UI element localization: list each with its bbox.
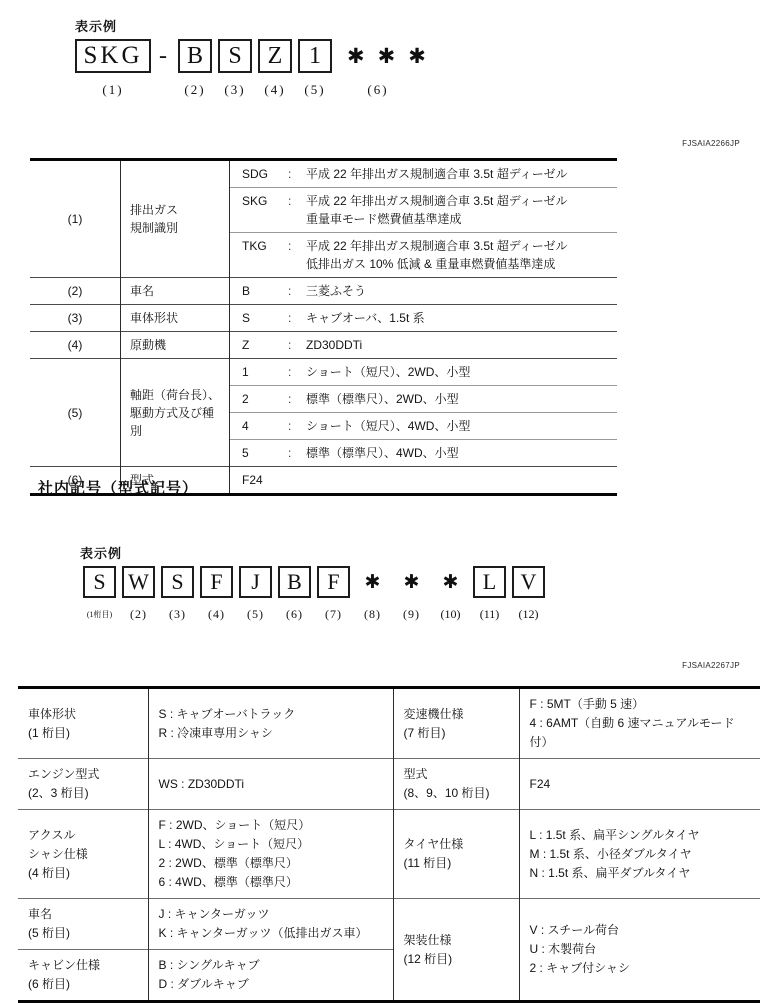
model-code-table-2: 車体形状 (1 桁目) S : キャブオーバトラック R : 冷凍車専用シャシ … (18, 686, 760, 1003)
category-cell: 原動機 (121, 332, 230, 359)
item-values-cell: F : 2WD、ショート（短尺） L : 4WD、ショート（短尺） 2 : 2W… (148, 810, 393, 899)
code-description: ショート（短尺）、4WD、小型 (306, 417, 617, 435)
table-row: 車名 (5 桁目) J : キャンターガッツ K : キャンターガッツ（低排出ガ… (18, 899, 760, 950)
value-cell: S:キャブオーバ、1.5t 系 (230, 305, 618, 332)
position-label: (5) (236, 607, 275, 622)
value-cell: B:三菱ふそう (230, 278, 618, 305)
table-row: アクスル シャシ仕様 (4 桁目) F : 2WD、ショート（短尺） L : 4… (18, 810, 760, 899)
item-values-cell: F : 5MT（手動 5 速） 4 : 6AMT（自動 6 速マニュアルモード付… (519, 688, 760, 759)
category-cell: 車名 (121, 278, 230, 305)
item-values-cell: L : 1.5t 系、扁平シングルタイヤ M : 1.5t 系、小径ダブルタイヤ… (519, 810, 760, 899)
example-label-1: 表示例 (75, 16, 439, 35)
value-cell: SKG:平成 22 年排出ガス規制適合車 3.5t 超ディーゼル 重量車モード燃… (230, 188, 618, 233)
asterisks-group: ✱✱✱ (335, 44, 439, 68)
code-value: S (230, 309, 288, 327)
digit-box-5: J (239, 566, 272, 598)
value-cell: 1:ショート（短尺）、2WD、小型 (230, 359, 618, 386)
item-label-cell: 型式 (8、9、10 桁目) (393, 759, 519, 810)
value-cell: TKG:平成 22 年排出ガス規制適合車 3.5t 超ディーゼル 低排出ガス 1… (230, 233, 618, 278)
colon-separator: : (288, 390, 306, 408)
code-description: ショート（短尺）、2WD、小型 (306, 363, 617, 381)
item-values-cell: J : キャンターガッツ K : キャンターガッツ（低排出ガス車） (148, 899, 393, 950)
item-label-cell: 架装仕様 (12 桁目) (393, 899, 519, 1002)
colon-separator: : (288, 363, 306, 381)
code-value: TKG (230, 237, 288, 255)
code-description: ZD30DDTi (306, 336, 617, 354)
digit-box-11: L (473, 566, 506, 598)
colon-separator: : (288, 192, 306, 210)
item-label-cell: アクスル シャシ仕様 (4 桁目) (18, 810, 148, 899)
code-value: SDG (230, 165, 288, 183)
position-label: (3) (215, 82, 255, 98)
item-label-cell: タイヤ仕様 (11 桁目) (393, 810, 519, 899)
position-label: (6) (335, 82, 421, 98)
colon-separator: : (288, 444, 306, 462)
item-label-cell: キャビン仕様 (6 桁目) (18, 950, 148, 1002)
position-cell: (3) (30, 305, 121, 332)
value-cell: 2:標準（標準尺）、2WD、小型 (230, 386, 618, 413)
model-code-example-1: 表示例 SKG - B S Z 1 ✱✱✱ (1) (2) (3) (4) (5… (75, 16, 439, 98)
code-box-4: Z (258, 39, 292, 73)
code-value: 2 (230, 390, 288, 408)
code-description: 標準（標準尺）、2WD、小型 (306, 390, 617, 408)
position-label: (4) (255, 82, 295, 98)
colon-separator: : (288, 165, 306, 183)
item-label-cell: 変速機仕様 (7 桁目) (393, 688, 519, 759)
position-label-row-1: (1) (2) (3) (4) (5) (6) (75, 82, 439, 98)
code-value: 4 (230, 417, 288, 435)
position-label: (6) (275, 607, 314, 622)
position-label-row-2: (1桁目) (2) (3) (4) (5) (6) (7) (8) (9) (1… (80, 607, 548, 622)
digit-box-7: F (317, 566, 350, 598)
category-cell: 排出ガス 規制識別 (121, 160, 230, 278)
table-row: (4) 原動機 Z:ZD30DDTi (30, 332, 617, 359)
code-value: 1 (230, 363, 288, 381)
item-values-cell: S : キャブオーバトラック R : 冷凍車専用シャシ (148, 688, 393, 759)
section-heading: 社内記号（型式記号） (38, 477, 198, 498)
item-values-cell: WS : ZD30DDTi (148, 759, 393, 810)
colon-separator: : (288, 282, 306, 300)
figure-ref-code-1: FJSAIA2266JP (682, 139, 740, 148)
position-label: (4) (197, 607, 236, 622)
item-label-cell: 車名 (5 桁目) (18, 899, 148, 950)
code-description: 三菱ふそう (306, 282, 617, 300)
position-label: (3) (158, 607, 197, 622)
digit-box-6: B (278, 566, 311, 598)
item-values-cell: V : スチール荷台 U : 木製荷台 2 : キャブ付シャシ (519, 899, 760, 1002)
item-values-cell: F24 (519, 759, 760, 810)
code-description: 平成 22 年排出ガス規制適合車 3.5t 超ディーゼル 低排出ガス 10% 低… (306, 237, 617, 273)
position-cell: (2) (30, 278, 121, 305)
position-label: (2) (119, 607, 158, 622)
figure-ref-code-2: FJSAIA2267JP (682, 661, 740, 670)
position-cell: (1) (30, 160, 121, 278)
code-value: B (230, 282, 288, 300)
code-box-5: 1 (298, 39, 332, 73)
category-cell: 軸距（荷台長）、駆動方式及び種別 (121, 359, 230, 467)
value-cell: 4:ショート（短尺）、4WD、小型 (230, 413, 618, 440)
digit-box-1: S (83, 566, 116, 598)
digit-box-2: W (122, 566, 155, 598)
digit-box-3: S (161, 566, 194, 598)
colon-separator: : (288, 237, 306, 255)
digit-box-4: F (200, 566, 233, 598)
value-cell: Z:ZD30DDTi (230, 332, 618, 359)
colon-separator: : (288, 417, 306, 435)
digit-box-12: V (512, 566, 545, 598)
table-row: 車体形状 (1 桁目) S : キャブオーバトラック R : 冷凍車専用シャシ … (18, 688, 760, 759)
code-description: 平成 22 年排出ガス規制適合車 3.5t 超ディーゼル 重量車モード燃費値基準… (306, 192, 617, 228)
code-value: 5 (230, 444, 288, 462)
code-description: キャブオーバ、1.5t 系 (306, 309, 617, 327)
table-row: (2) 車名 B:三菱ふそう (30, 278, 617, 305)
example-label-2: 表示例 (80, 543, 548, 562)
code-value: SKG (230, 192, 288, 210)
asterisk-10: ✱ (431, 571, 470, 593)
position-cell: (5) (30, 359, 121, 467)
model-code-table-1: (1) 排出ガス 規制識別 SDG:平成 22 年排出ガス規制適合車 3.5t … (30, 158, 617, 496)
position-label: (11) (470, 607, 509, 622)
position-label: (2) (175, 82, 215, 98)
position-label: (12) (509, 607, 548, 622)
position-cell: (4) (30, 332, 121, 359)
code-description: 平成 22 年排出ガス規制適合車 3.5t 超ディーゼル (306, 165, 617, 183)
item-label-cell: エンジン型式 (2、3 桁目) (18, 759, 148, 810)
value-cell: F24 (230, 467, 618, 495)
item-label-cell: 車体形状 (1 桁目) (18, 688, 148, 759)
position-label: (10) (431, 607, 470, 622)
position-label: (1) (75, 82, 151, 98)
position-label: (9) (392, 607, 431, 622)
position-label: (5) (295, 82, 335, 98)
code-value: Z (230, 336, 288, 354)
colon-separator: : (288, 309, 306, 327)
code-box-prefix: SKG (75, 39, 151, 73)
colon-separator: : (288, 336, 306, 354)
dash-separator: - (151, 43, 175, 70)
table-row: エンジン型式 (2、3 桁目) WS : ZD30DDTi 型式 (8、9、10… (18, 759, 760, 810)
code-row-2: S W S F J B F ✱ ✱ ✱ L V (80, 566, 548, 598)
asterisk-9: ✱ (392, 571, 431, 593)
code-box-3: S (218, 39, 252, 73)
position-label: (1桁目) (80, 607, 119, 622)
table-row: (3) 車体形状 S:キャブオーバ、1.5t 系 (30, 305, 617, 332)
code-box-2: B (178, 39, 212, 73)
code-value: F24 (230, 471, 288, 489)
category-cell: 車体形状 (121, 305, 230, 332)
code-row-1: SKG - B S Z 1 ✱✱✱ (75, 39, 439, 73)
position-label: (8) (353, 607, 392, 622)
code-description: 標準（標準尺）、4WD、小型 (306, 444, 617, 462)
table-row: (1) 排出ガス 規制識別 SDG:平成 22 年排出ガス規制適合車 3.5t … (30, 160, 617, 188)
model-code-example-2: 表示例 S W S F J B F ✱ ✱ ✱ L V (1桁目) (2) (3… (80, 543, 548, 622)
position-label: (7) (314, 607, 353, 622)
table-row: (5) 軸距（荷台長）、駆動方式及び種別 1:ショート（短尺）、2WD、小型 (30, 359, 617, 386)
value-cell: 5:標準（標準尺）、4WD、小型 (230, 440, 618, 467)
item-values-cell: B : シングルキャブ D : ダブルキャブ (148, 950, 393, 1002)
asterisk-8: ✱ (353, 571, 392, 593)
value-cell: SDG:平成 22 年排出ガス規制適合車 3.5t 超ディーゼル (230, 160, 618, 188)
